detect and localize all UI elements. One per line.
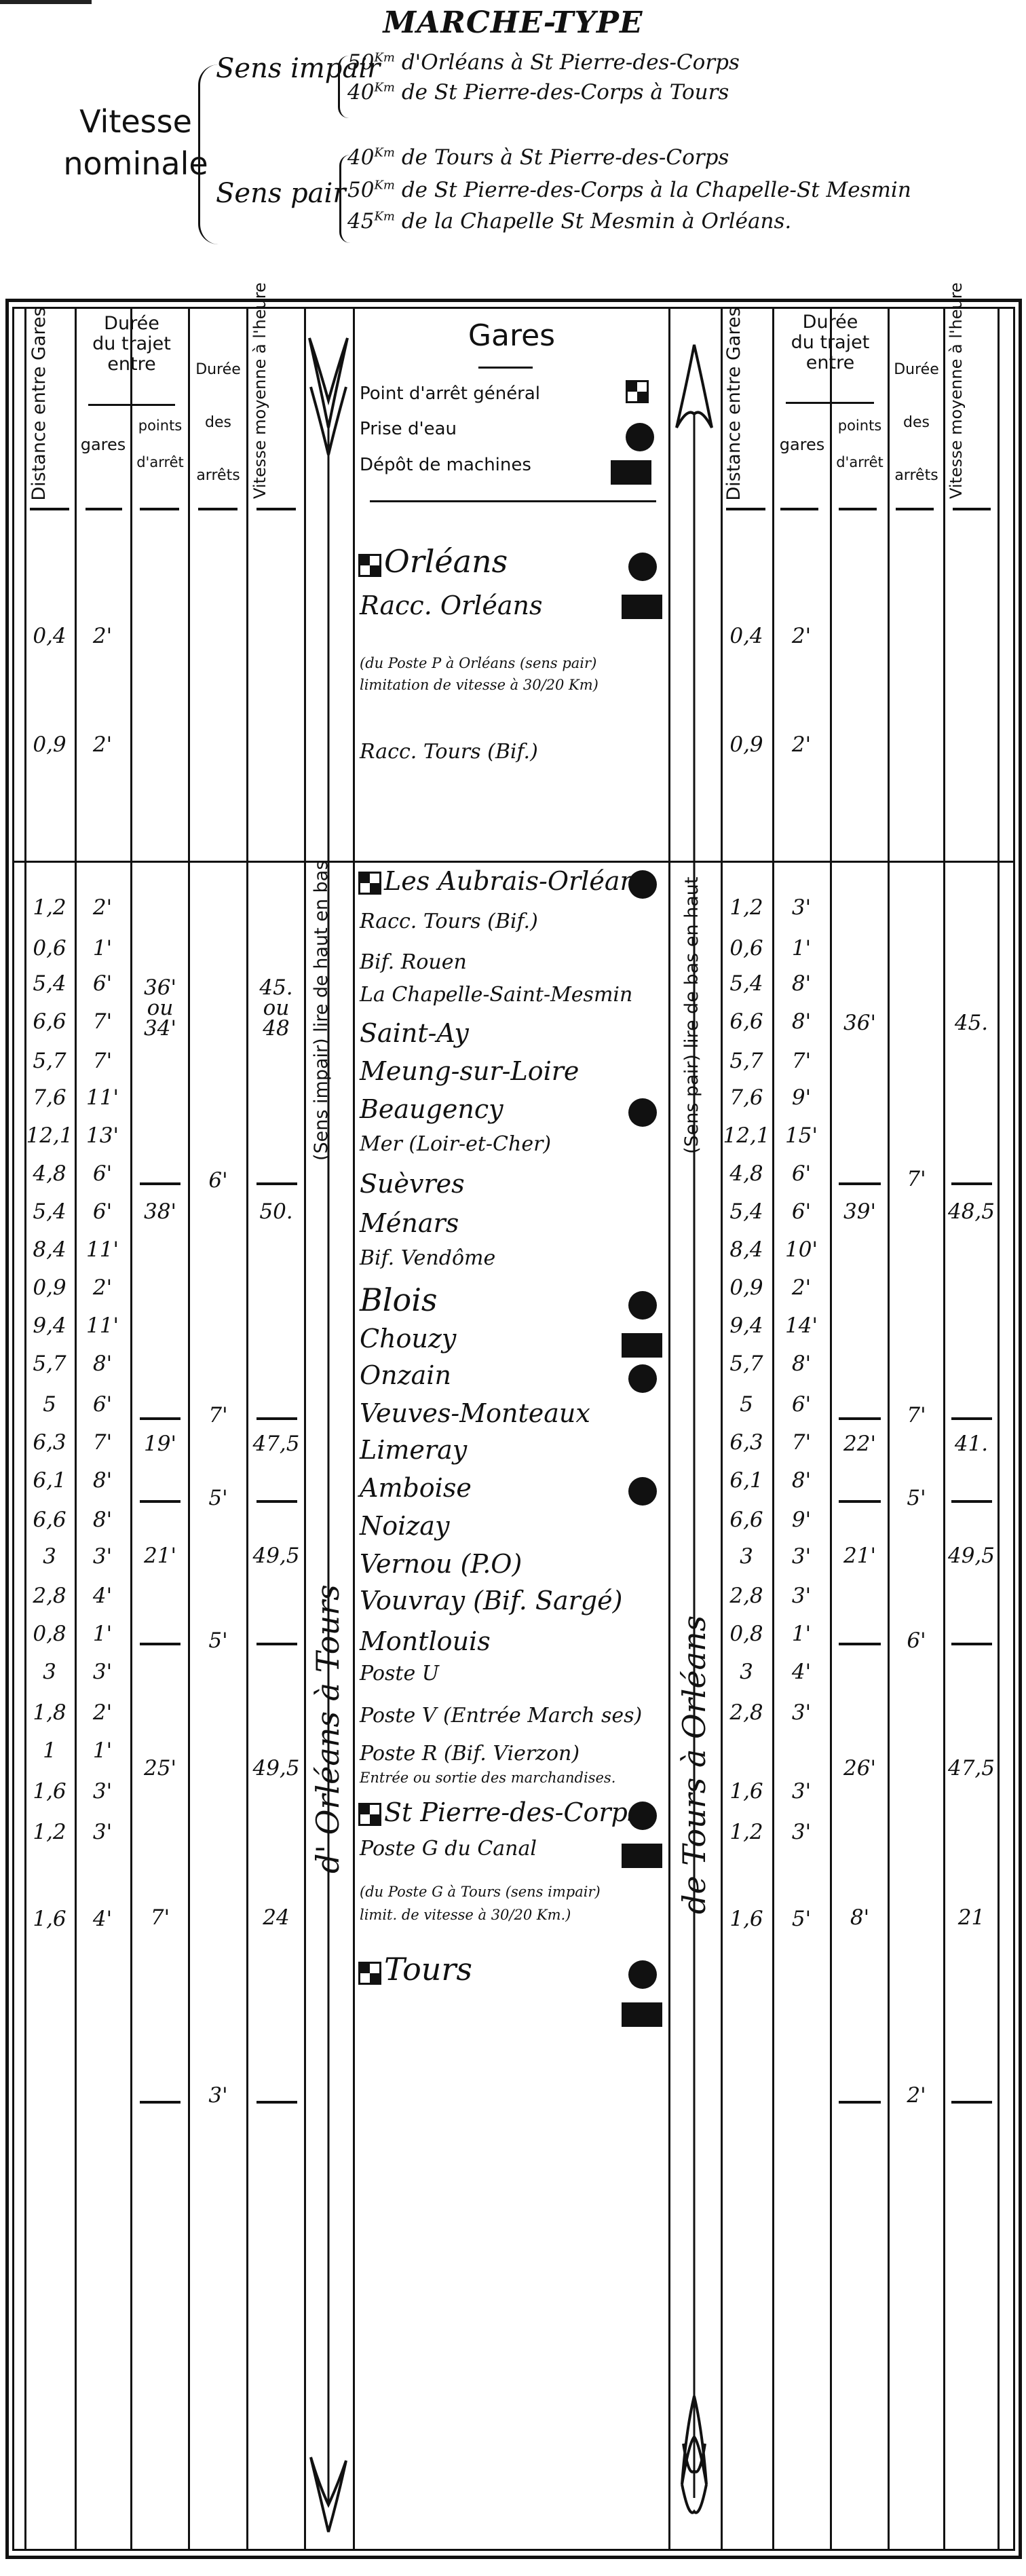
header-dash	[953, 508, 991, 510]
header-duree-arrets-left: Duréedesarrêts	[190, 343, 246, 502]
filled-circle-icon	[628, 553, 657, 581]
duree-gares-cell: 7'	[76, 1010, 129, 1033]
duree-gares-cell: 2'	[76, 733, 129, 756]
duree-arrets-cell: 3'	[190, 2084, 246, 2107]
distance-cell: 5,4	[24, 972, 75, 995]
distance-cell: 0,6	[721, 937, 772, 960]
distance-cell: 2,8	[24, 1584, 75, 1607]
header-gares-left: gares	[76, 434, 130, 455]
duree-gares-cell: 6'	[774, 1393, 829, 1416]
duree-gares-cell: 2'	[76, 1701, 129, 1724]
duree-gares-cell: 3'	[774, 1821, 829, 1844]
stop-dash	[839, 1643, 881, 1645]
duree-gares-cell: 9'	[774, 1508, 829, 1531]
duree-gares-cell: 3'	[774, 1584, 829, 1607]
station-name: Entrée ou sortie des marchandises.	[360, 1768, 615, 1788]
vitesse-cell: 49,5	[248, 1757, 304, 1780]
stop-dash	[256, 1182, 297, 1185]
duree-gares-cell: 8'	[76, 1508, 129, 1531]
station-name: Poste G du Canal	[360, 1837, 537, 1861]
duree-points-cell: 21'	[832, 1544, 888, 1567]
legend-item-depot: Dépôt de machines	[360, 455, 531, 475]
station-name: Chouzy	[360, 1324, 456, 1354]
station-name: Racc. Orléans	[360, 591, 542, 620]
station-name: Ménars	[360, 1208, 459, 1238]
duree-gares-cell: 3'	[774, 1701, 829, 1724]
distance-cell: 1,2	[721, 1821, 772, 1844]
filled-circle-icon	[628, 1802, 657, 1830]
distance-cell: 0,9	[24, 733, 75, 756]
header-dash	[839, 508, 877, 510]
stop-dash	[140, 1182, 180, 1185]
duree-gares-cell: 3'	[76, 1821, 129, 1844]
duree-gares-cell: 6'	[76, 1162, 129, 1185]
station-name: Racc. Tours (Bif.)	[360, 910, 538, 933]
duree-arrets-cell: 5'	[190, 1487, 246, 1510]
filled-rectangle-icon	[622, 2002, 662, 2027]
top-rule	[0, 0, 92, 4]
vitesse-cell: 21	[945, 1906, 997, 1929]
stop-dash	[839, 1182, 881, 1185]
vitesse-cell: 41.	[945, 1432, 997, 1455]
station-name: Saint-Ay	[360, 1018, 469, 1048]
filled-circle-icon	[628, 1477, 657, 1506]
stop-dash	[951, 1643, 992, 1645]
duree-arrets-cell: 6'	[890, 1629, 943, 1652]
distance-cell: 5,4	[721, 1200, 772, 1223]
station-name: Bif. Vendôme	[360, 1246, 495, 1270]
duree-gares-cell: 8'	[774, 1010, 829, 1033]
distance-cell: 0,4	[721, 624, 772, 648]
distance-cell: 6,6	[24, 1508, 75, 1531]
speed-line-pair-3: 45Km de la Chapelle St Mesmin à Orléans.	[347, 209, 791, 234]
duree-points-cell: 19'	[132, 1432, 188, 1455]
vitesse-cell: 45. ou 48	[248, 977, 304, 1039]
distance-cell: 5,7	[24, 1352, 75, 1375]
distance-cell: 5	[721, 1393, 772, 1416]
direction-impair-route: d' Orléans à Tours	[309, 1584, 346, 1873]
duree-gares-cell: 8'	[774, 1352, 829, 1375]
header-dash	[198, 508, 237, 510]
distance-cell: 6,6	[721, 1508, 772, 1531]
station-name: Bif. Rouen	[360, 950, 467, 974]
duree-gares-cell: 4'	[774, 1660, 829, 1683]
duree-arrets-cell: 5'	[890, 1487, 943, 1510]
duree-gares-cell: 2'	[76, 624, 129, 648]
distance-cell: 4,8	[24, 1162, 75, 1185]
stop-dash	[140, 2101, 180, 2104]
duree-points-cell: 38'	[132, 1200, 188, 1223]
duree-gares-cell: 2'	[774, 624, 829, 648]
vitesse-cell: 47,5	[248, 1432, 304, 1455]
station-name: Vernou (P.O)	[360, 1549, 522, 1579]
duree-gares-cell: 4'	[76, 1584, 129, 1607]
table-frame-inner	[12, 307, 1015, 2551]
header-distance-right: Distance entre Gares	[725, 302, 744, 506]
stop-dash	[839, 1500, 881, 1503]
speed-line-pair-2: 50Km de St Pierre-des-Corps à la Chapell…	[347, 178, 911, 202]
duree-arrets-cell: 7'	[890, 1404, 943, 1427]
duree-gares-cell: 6'	[76, 1393, 129, 1416]
vitesse-cell: 49,5	[945, 1544, 997, 1567]
vitesse-nominale-label: Vitesse nominale	[47, 100, 224, 185]
station-name: Montlouis	[360, 1626, 491, 1656]
station-name: Poste R (Bif. Vierzon)	[360, 1742, 579, 1766]
distance-cell: 12,1	[721, 1124, 772, 1147]
stop-dash	[951, 1500, 992, 1503]
duree-gares-cell: 2'	[76, 1276, 129, 1299]
duree-gares-cell: 3'	[76, 1545, 129, 1568]
station-name: Meung-sur-Loire	[360, 1056, 579, 1086]
distance-cell: 1,6	[24, 1907, 75, 1930]
header-dash	[256, 508, 296, 510]
stop-dash	[951, 2101, 992, 2104]
duree-gares-cell: 9'	[774, 1086, 829, 1109]
vitesse-cell: 47,5	[945, 1757, 997, 1780]
distance-cell: 0,9	[721, 733, 772, 756]
direction-pair-route: de Tours à Orléans	[676, 1616, 712, 1914]
checkered-square-icon	[358, 1962, 381, 1985]
distance-cell: 7,6	[721, 1086, 772, 1109]
distance-cell: 2,8	[721, 1584, 772, 1607]
distance-cell: 6,1	[24, 1469, 75, 1492]
duree-gares-cell: 8'	[774, 972, 829, 995]
header-points-right: pointsd'arrêt	[832, 407, 888, 481]
station-name: St Pierre-des-Corps	[384, 1797, 641, 1827]
speed-line-pair-1: 40Km de Tours à St Pierre-des-Corps	[347, 145, 729, 170]
distance-cell: 3	[24, 1545, 75, 1568]
duree-gares-cell: 1'	[76, 937, 129, 960]
distance-cell: 0,8	[24, 1622, 75, 1645]
duree-gares-cell: 1'	[774, 1622, 829, 1645]
stop-dash	[140, 1500, 180, 1503]
speed-line-impair-2: 40Km de St Pierre-des-Corps à Tours	[347, 80, 729, 105]
duree-arrets-cell: 7'	[890, 1168, 943, 1191]
duree-arrets-cell: 5'	[190, 1629, 246, 1652]
legend-rule	[370, 500, 656, 502]
distance-cell: 1,6	[721, 1780, 772, 1803]
duree-gares-cell: 6'	[774, 1162, 829, 1185]
station-name: Limeray	[360, 1435, 467, 1465]
brace-main	[198, 64, 221, 244]
distance-cell: 5,4	[24, 1200, 75, 1223]
stop-dash	[839, 1417, 881, 1420]
stop-dash	[256, 1643, 297, 1645]
vitesse-cell: 49,5	[248, 1544, 304, 1567]
header-duree-trajet-right: Duréedu trajetentre	[774, 312, 886, 373]
stop-dash	[951, 1417, 992, 1420]
stop-dash	[256, 1500, 297, 1503]
distance-cell: 1,2	[24, 1821, 75, 1844]
stop-dash	[140, 1643, 180, 1645]
duree-gares-cell: 3'	[774, 1545, 829, 1568]
filled-rectangle-icon	[622, 1844, 662, 1868]
speed-line-impair-1: 50Km d'Orléans à St Pierre-des-Corps	[347, 50, 740, 75]
distance-cell: 6,6	[721, 1010, 772, 1033]
duree-gares-cell: 7'	[774, 1431, 829, 1454]
section-separator	[12, 861, 1015, 863]
distance-cell: 3	[24, 1660, 75, 1683]
col-rule	[830, 307, 832, 2551]
duree-arrets-cell: 6'	[190, 1169, 246, 1192]
duree-gares-cell: 3'	[774, 1780, 829, 1803]
col-rule	[943, 307, 945, 2551]
duree-gares-cell: 6'	[76, 1200, 129, 1223]
filled-rectangle-icon	[622, 595, 662, 619]
direction-pair-label: (Sens pair) lire de bas en haut	[681, 877, 702, 1154]
distance-cell: 1,6	[24, 1780, 75, 1803]
checkered-square-icon	[358, 872, 381, 895]
duree-points-cell: 22'	[832, 1432, 888, 1455]
duree-gares-cell: 11'	[76, 1086, 129, 1109]
station-name: Veuves-Monteaux	[360, 1398, 590, 1428]
duree-gares-cell: 2'	[76, 896, 129, 919]
duree-gares-cell: 2'	[774, 733, 829, 756]
filled-rectangle-icon	[622, 1333, 662, 1358]
vitesse-cell: 48,5	[945, 1200, 997, 1223]
distance-cell: 9,4	[24, 1314, 75, 1337]
station-name: Les Aubrais-Orléans	[384, 866, 649, 896]
duree-gares-cell: 10'	[774, 1238, 829, 1261]
col-rule	[353, 307, 355, 2551]
col-rule	[888, 307, 890, 2551]
duree-points-cell: 26'	[832, 1757, 888, 1780]
vitesse-cell: 24	[248, 1906, 304, 1929]
filled-circle-icon	[628, 1098, 657, 1127]
duree-points-cell: 8'	[832, 1906, 888, 1929]
distance-cell: 8,4	[721, 1238, 772, 1261]
filled-circle-icon	[628, 1364, 657, 1393]
duree-gares-cell: 1'	[76, 1739, 129, 1762]
duree-gares-cell: 7'	[76, 1049, 129, 1072]
duree-gares-cell: 3'	[774, 896, 829, 919]
station-name: La Chapelle-Saint-Mesmin	[360, 983, 632, 1007]
distance-cell: 0,4	[24, 624, 75, 648]
stop-dash	[839, 2101, 881, 2104]
filled-rectangle-icon	[611, 460, 651, 485]
distance-cell: 0,6	[24, 937, 75, 960]
station-name: (du Poste G à Tours (sens impair)	[360, 1882, 601, 1902]
header-duree-trajet-left: Duréedu trajetentre	[77, 314, 187, 375]
duree-gares-cell: 7'	[76, 1431, 129, 1454]
station-name: Racc. Tours (Bif.)	[360, 740, 538, 764]
sens-pair-label: Sens pair	[216, 178, 345, 209]
duree-points-cell: 7'	[132, 1906, 188, 1929]
col-rule	[246, 307, 248, 2551]
station-name: Suèvres	[360, 1169, 465, 1199]
duree-points-cell: 25'	[132, 1757, 188, 1780]
legend-item-prise-eau: Prise d'eau	[360, 419, 457, 439]
distance-cell: 5,7	[721, 1352, 772, 1375]
header-dash	[30, 508, 69, 510]
station-name: Amboise	[360, 1473, 472, 1503]
duree-gares-cell: 8'	[774, 1469, 829, 1492]
station-name: Noizay	[360, 1511, 449, 1541]
distance-cell: 5,7	[24, 1049, 75, 1072]
duree-arrets-cell: 2'	[890, 2084, 943, 2107]
duree-gares-cell: 8'	[76, 1352, 129, 1375]
header-dash	[726, 508, 765, 510]
header-dash	[780, 508, 818, 510]
header-vitesse-left: Vitesse moyenne à l'heure	[251, 309, 269, 499]
distance-cell: 1,2	[721, 896, 772, 919]
station-name: Tours	[384, 1951, 472, 1987]
station-name: limit. de vitesse à 30/20 Km.)	[360, 1905, 571, 1925]
duree-gares-cell: 7'	[774, 1049, 829, 1072]
gares-title-underline	[478, 367, 533, 369]
station-name: Mer (Loir-et-Cher)	[360, 1132, 551, 1156]
header-gares-right: gares	[774, 434, 830, 455]
distance-cell: 0,9	[721, 1276, 772, 1299]
duree-gares-cell: 11'	[76, 1238, 129, 1261]
distance-cell: 2,8	[721, 1701, 772, 1724]
duree-gares-cell: 14'	[774, 1314, 829, 1337]
vitesse-cell: 45.	[945, 1011, 997, 1034]
duree-gares-cell: 4'	[76, 1907, 129, 1930]
stop-dash	[256, 1417, 297, 1420]
distance-cell: 0,9	[24, 1276, 75, 1299]
station-name: Beaugency	[360, 1094, 503, 1124]
distance-cell: 9,4	[721, 1314, 772, 1337]
duree-gares-cell: 5'	[774, 1907, 829, 1930]
distance-cell: 3	[721, 1660, 772, 1683]
distance-cell: 5,4	[721, 972, 772, 995]
duree-gares-cell: 2'	[774, 1276, 829, 1299]
subheader-rule-left	[88, 404, 175, 406]
vitesse-cell: 50.	[248, 1200, 304, 1223]
distance-cell: 6,3	[24, 1431, 75, 1454]
station-name: Onzain	[360, 1360, 451, 1390]
filled-circle-icon	[626, 423, 654, 451]
station-name: (du Poste P à Orléans (sens pair)	[360, 653, 596, 673]
checkered-square-icon	[626, 380, 649, 403]
distance-cell: 6,3	[721, 1431, 772, 1454]
header-dash	[896, 508, 934, 510]
header-points-left: pointsd'arrêt	[132, 407, 188, 481]
col-rule	[130, 307, 132, 2551]
stop-dash	[140, 1417, 180, 1420]
duree-gares-cell: 8'	[76, 1469, 129, 1492]
distance-cell: 7,6	[24, 1086, 75, 1109]
duree-gares-cell: 13'	[76, 1124, 129, 1147]
filled-circle-icon	[628, 870, 657, 899]
header-distance-left: Distance entre Gares	[30, 302, 49, 506]
filled-circle-icon	[628, 1291, 657, 1320]
station-name: limitation de vitesse à 30/20 Km)	[360, 675, 598, 695]
distance-cell: 12,1	[24, 1124, 75, 1147]
distance-cell: 0,8	[721, 1622, 772, 1645]
vitesse-label-line1: Vitesse	[47, 100, 224, 143]
distance-cell: 1	[24, 1739, 75, 1762]
header-dash	[85, 508, 122, 510]
col-rule	[997, 307, 1000, 2551]
distance-cell: 3	[721, 1545, 772, 1568]
station-name: Blois	[360, 1282, 438, 1318]
stop-dash	[256, 2101, 297, 2104]
header-vitesse-right: Vitesse moyenne à l'heure	[947, 309, 965, 499]
distance-cell: 6,6	[24, 1010, 75, 1033]
duree-gares-cell: 15'	[774, 1124, 829, 1147]
distance-cell: 8,4	[24, 1238, 75, 1261]
duree-gares-cell: 3'	[76, 1780, 129, 1803]
station-name: Poste U	[360, 1662, 439, 1685]
station-name: Vouvray (Bif. Sargé)	[360, 1586, 622, 1616]
duree-gares-cell: 3'	[76, 1660, 129, 1683]
checkered-square-icon	[358, 554, 381, 577]
duree-points-cell: 36' ou 34'	[132, 977, 188, 1039]
down-arrow-icon	[304, 326, 353, 2559]
distance-cell: 1,6	[721, 1907, 772, 1930]
filled-circle-icon	[628, 1960, 657, 1989]
gares-title: Gares	[355, 319, 668, 353]
distance-cell: 5,7	[721, 1049, 772, 1072]
distance-cell: 5	[24, 1393, 75, 1416]
header-duree-arrets-right: Duréedesarrêts	[890, 343, 943, 502]
checkered-square-icon	[358, 1803, 381, 1826]
duree-points-cell: 39'	[832, 1200, 888, 1223]
distance-cell: 4,8	[721, 1162, 772, 1185]
vitesse-label-line2: nominale	[47, 143, 224, 185]
duree-gares-cell: 6'	[774, 1200, 829, 1223]
duree-arrets-cell: 7'	[190, 1404, 246, 1427]
duree-gares-cell: 1'	[76, 1622, 129, 1645]
subheader-rule-right	[786, 402, 874, 404]
duree-gares-cell: 11'	[76, 1314, 129, 1337]
legend-item-point-arret: Point d'arrêt général	[360, 384, 540, 404]
distance-cell: 1,8	[24, 1701, 75, 1724]
col-rule	[188, 307, 190, 2551]
direction-impair-label: (Sens impair) lire de haut en bas	[311, 861, 332, 1161]
up-arrow-icon	[668, 326, 721, 2559]
stop-dash	[951, 1182, 992, 1185]
header-dash	[140, 508, 179, 510]
duree-points-cell: 21'	[132, 1544, 188, 1567]
distance-cell: 6,1	[721, 1469, 772, 1492]
page-title: MARCHE-TYPE	[0, 5, 1026, 40]
distance-cell: 1,2	[24, 896, 75, 919]
duree-points-cell: 36'	[832, 1011, 888, 1034]
station-name: Poste V (Entrée March ses)	[360, 1704, 642, 1728]
duree-gares-cell: 1'	[774, 937, 829, 960]
station-name: Orléans	[384, 543, 508, 580]
duree-gares-cell: 6'	[76, 972, 129, 995]
